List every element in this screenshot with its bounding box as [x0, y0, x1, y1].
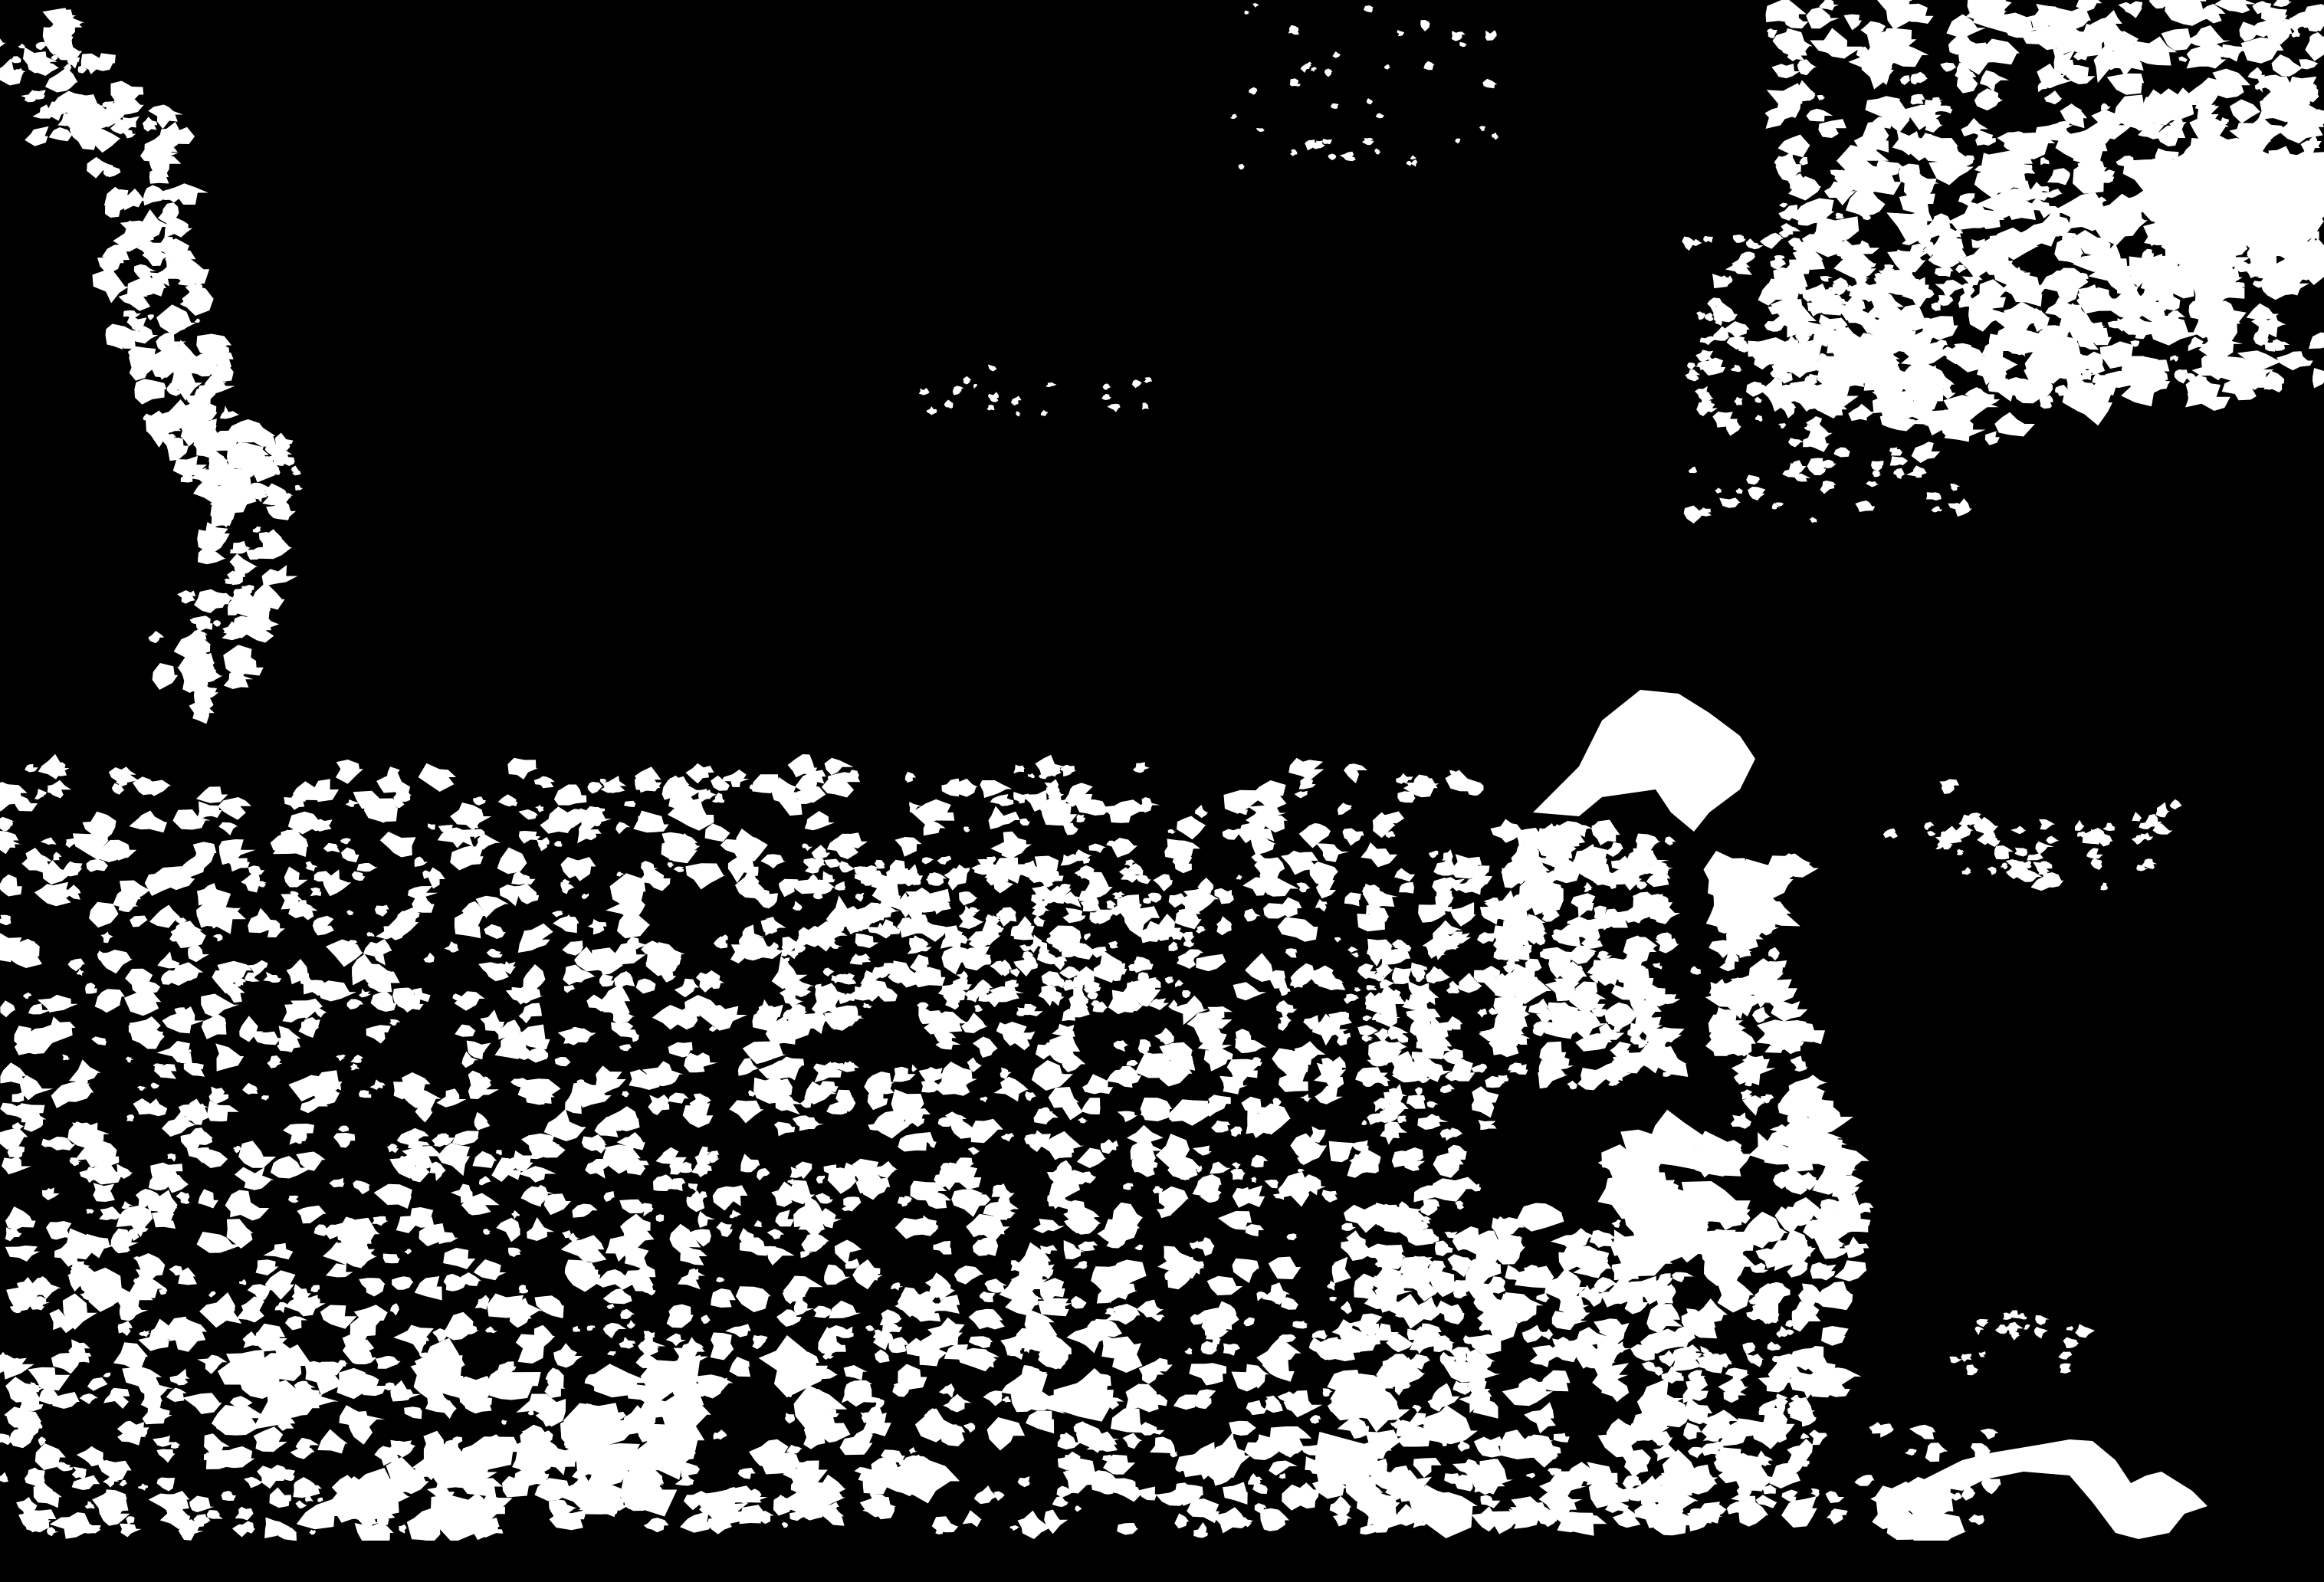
- segmentation-mask-canvas: [0, 0, 2324, 1582]
